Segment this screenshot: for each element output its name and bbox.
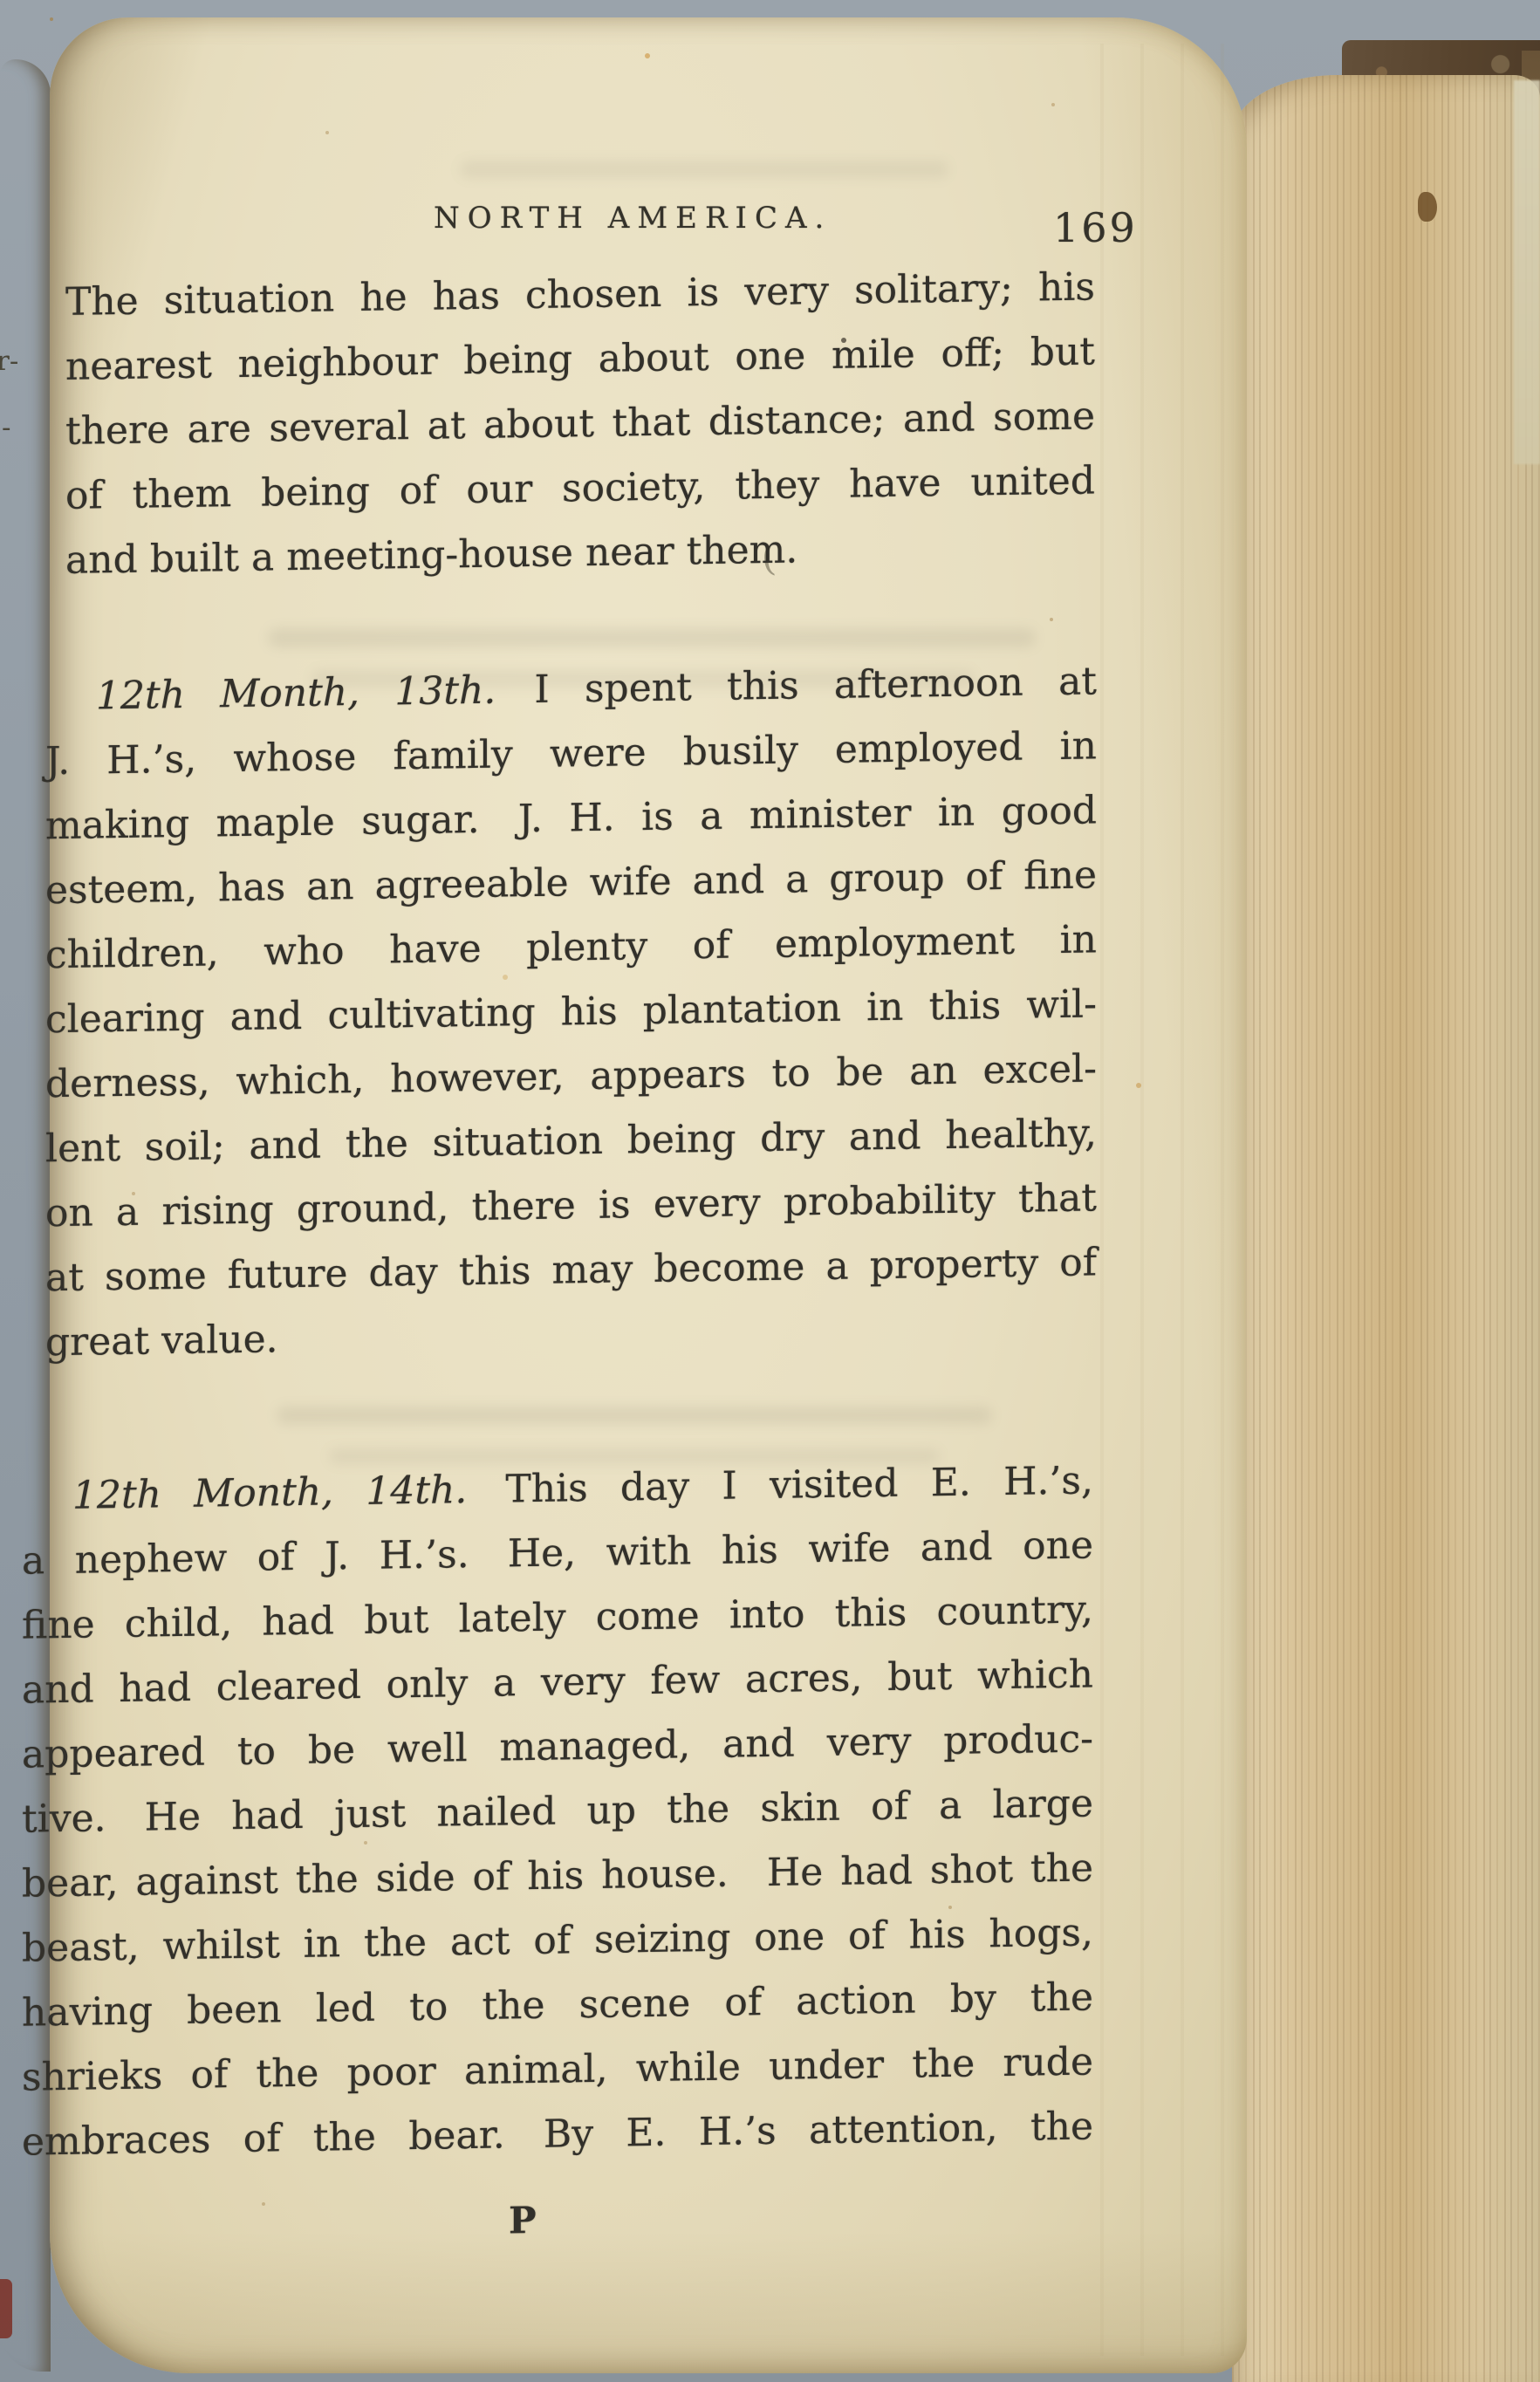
- page-text: The situation he has chosen is very soli…: [61, 255, 1147, 2303]
- signature-mark: P: [509, 2199, 537, 2242]
- journal-date: 12th Month, 13th.: [96, 668, 496, 719]
- running-title: NORTH AMERICA.: [434, 201, 832, 236]
- book-page: NORTH AMERICA. 169 The situation he has …: [50, 17, 1247, 2373]
- paragraph: 12th Month, 14th. This day I visited E. …: [22, 1448, 1093, 2174]
- page-number: 169: [1053, 204, 1138, 251]
- facing-page-text-fragment: r-: [0, 346, 18, 377]
- fore-edge-highlight: [1514, 80, 1540, 464]
- fore-edge-stain: [1418, 192, 1437, 222]
- ink-showthrough: [460, 161, 948, 178]
- paragraph: The situation he has chosen is very soli…: [65, 255, 1095, 593]
- facing-page-text-fragment: -: [2, 412, 10, 443]
- journal-date: 12th Month, 14th.: [72, 1468, 467, 1518]
- paper-freckles: [50, 17, 53, 21]
- scanned-book-photo: r- - NORTH AMERICA. 169 The situation he…: [0, 0, 1540, 2382]
- binding-speck: [0, 2279, 12, 2338]
- page-block-fore-edge: [1232, 75, 1540, 2382]
- paragraph: 12th Month, 13th. I spent this afternoon…: [45, 649, 1097, 1375]
